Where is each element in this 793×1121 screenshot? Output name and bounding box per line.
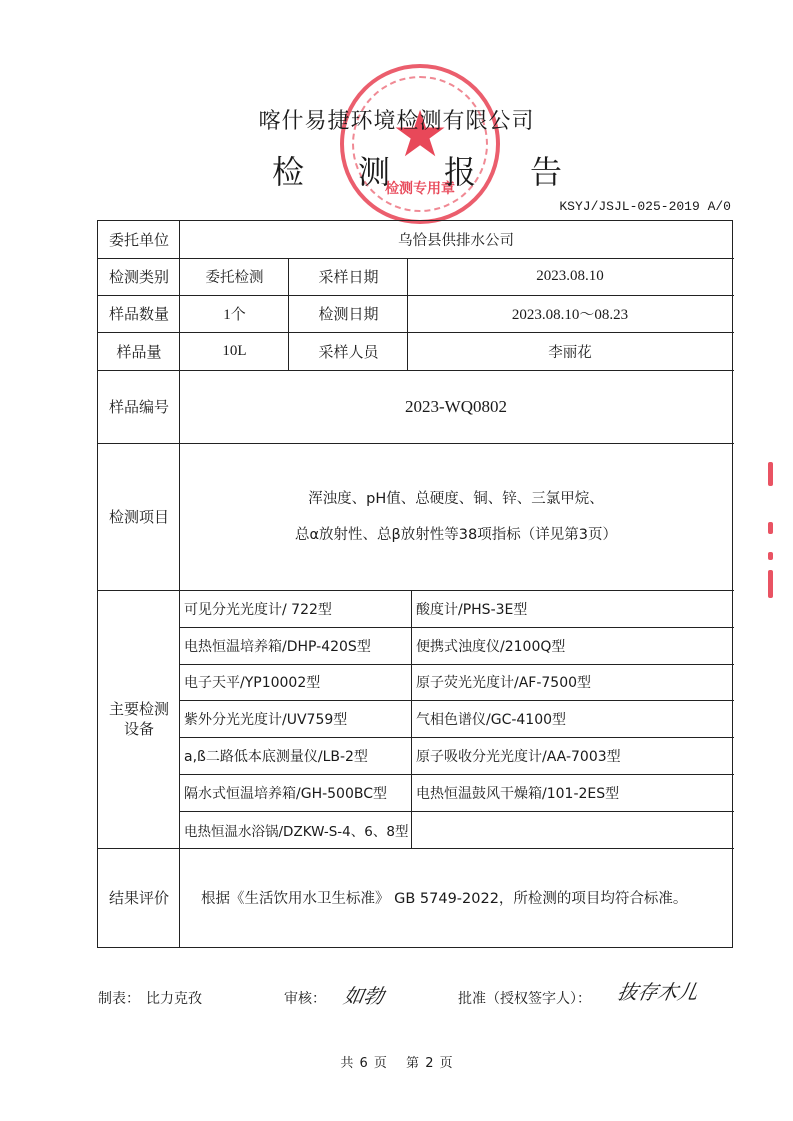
value-sample-count: 1个 — [180, 295, 289, 332]
equipment-item: 可见分光光度计/ 722型 — [180, 590, 411, 627]
signature-row: 制表： 比力克孜 审核： 如勃 批准（授权签字人）： 抜存木儿 — [98, 986, 738, 1010]
official-seal: ★ 检测专用章 — [340, 64, 500, 224]
document-code: KSYJ/JSJL-025-2019 A/0 — [559, 199, 731, 214]
label-sample-count: 样品数量 — [98, 295, 180, 332]
label-equipment-line: 设备 — [124, 719, 154, 739]
value-test-items: 浑浊度、pH值、总硬度、铜、锌、三氯甲烷、 总α放射性、总β放射性等38项指标（… — [180, 443, 732, 590]
title-char: 告 — [530, 147, 562, 193]
label-sampler: 采样人员 — [289, 332, 408, 370]
value-sampling-date: 2023.08.10 — [408, 258, 732, 295]
label-sampling-date: 采样日期 — [289, 258, 408, 295]
value-result: 根据《生活饮用水卫生标准》 GB 5749-2022，所检测的项目均符合标准。 — [180, 848, 732, 947]
page-number: 共 6 页 第 2 页 — [0, 1052, 793, 1071]
equipment-item: 酸度计/PHS-3E型 — [412, 590, 732, 627]
value-test-type: 委托检测 — [180, 258, 289, 295]
title-char: 报 — [444, 147, 476, 193]
value-sample-volume: 10L — [180, 332, 289, 370]
label-result: 结果评价 — [98, 848, 180, 947]
report-title: 检 测 报 告 — [272, 147, 562, 193]
equipment-item: 原子荧光光度计/AF-7500型 — [412, 664, 732, 700]
review-label: 审核： — [284, 988, 326, 1008]
equipment-item: 电热恒温水浴锅/DZKW-S-4、6、8型 — [180, 811, 411, 848]
prepared-by: 比力克孜 — [146, 988, 202, 1008]
test-items-line: 总α放射性、总β放射性等38项指标（详见第3页） — [295, 517, 617, 553]
approve-signature: 抜存木儿 — [615, 976, 700, 1005]
equipment-item: 原子吸收分光光度计/AA-7003型 — [412, 737, 732, 774]
test-items-line: 浑浊度、pH值、总硬度、铜、锌、三氯甲烷、 — [308, 481, 604, 517]
value-sampler: 李丽花 — [408, 332, 732, 370]
equipment-item: 电子天平/YP10002型 — [180, 664, 411, 700]
report-table: 委托单位 乌恰县供排水公司 检测类别 委托检测 采样日期 2023.08.10 … — [97, 220, 733, 948]
seam-seal-fragment — [768, 462, 778, 612]
review-signature: 如勃 — [341, 980, 386, 1009]
value-sample-id: 2023-WQ0802 — [180, 370, 732, 443]
value-test-date: 2023.08.10～08.23 — [408, 295, 732, 332]
company-name: 喀什易捷环境检测有限公司 — [0, 104, 793, 135]
title-char: 测 — [358, 147, 390, 193]
equipment-item: 电热恒温鼓风干燥箱/101-2ES型 — [412, 774, 732, 811]
value-client: 乌恰县供排水公司 — [180, 221, 732, 258]
label-test-type: 检测类别 — [98, 258, 180, 295]
approve-label: 批准（授权签字人）： — [458, 988, 591, 1008]
label-client: 委托单位 — [98, 221, 180, 258]
label-sample-volume: 样品量 — [98, 332, 180, 370]
equipment-item: a,ß二路低本底测量仪/LB-2型 — [180, 737, 411, 774]
title-char: 检 — [272, 147, 304, 193]
equipment-item: 电热恒温培养箱/DHP-420S型 — [180, 627, 411, 664]
equipment-item: 隔水式恒温培养箱/GH-500BC型 — [180, 774, 411, 811]
equipment-item — [412, 811, 732, 848]
label-test-date: 检测日期 — [289, 295, 408, 332]
prepared-label: 制表： — [98, 988, 140, 1008]
label-equipment: 主要检测 设备 — [98, 590, 180, 848]
equipment-item: 便携式浊度仪/2100Q型 — [412, 627, 732, 664]
equipment-item: 气相色谱仪/GC-4100型 — [412, 700, 732, 737]
label-equipment-line: 主要检测 — [109, 699, 169, 719]
equipment-item: 紫外分光光度计/UV759型 — [180, 700, 411, 737]
label-test-items: 检测项目 — [98, 443, 180, 590]
label-sample-id: 样品编号 — [98, 370, 180, 443]
